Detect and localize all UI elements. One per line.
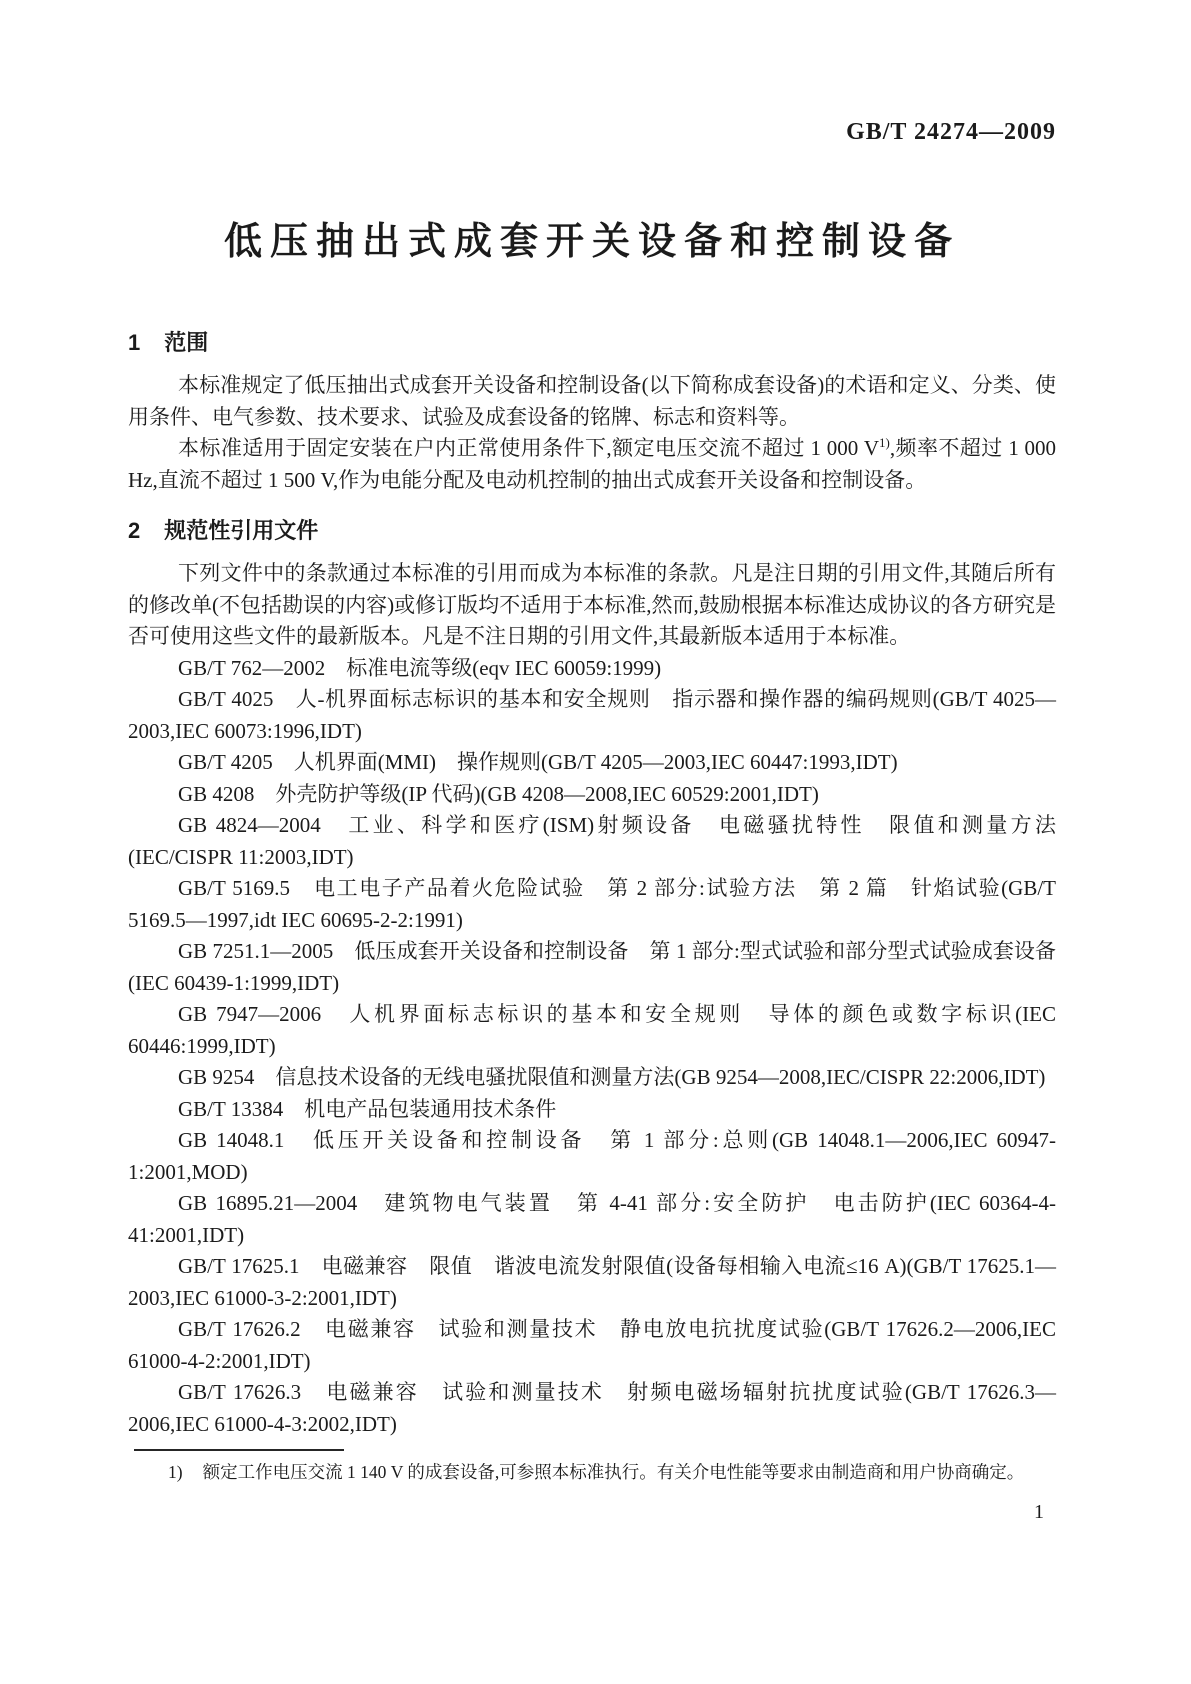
section-2-number: 2 xyxy=(128,516,140,546)
normative-references-intro: 下列文件中的条款通过本标准的引用而成为本标准的条款。凡是注日期的引用文件,其随后… xyxy=(128,558,1056,653)
footnote-divider xyxy=(134,1449,344,1451)
section-1-heading: 1范围 xyxy=(128,328,1056,358)
scope-paragraph-2-text: 本标准适用于固定安装在户内正常使用条件下,额定电压交流不超过 1 000 V xyxy=(178,436,879,460)
footnote-marker: 1) xyxy=(168,1459,183,1485)
section-2-heading: 2规范性引用文件 xyxy=(128,516,1056,546)
reference-item: GB/T 17625.1 电磁兼容 限值 谐波电流发射限值(设备每相输入电流≤1… xyxy=(128,1251,1056,1314)
reference-item: GB 16895.21—2004 建筑物电气装置 第 4-41 部分:安全防护 … xyxy=(128,1188,1056,1251)
standard-code: GB/T 24274—2009 xyxy=(128,118,1056,146)
reference-item: GB 14048.1 低压开关设备和控制设备 第 1 部分:总则(GB 1404… xyxy=(128,1125,1056,1188)
reference-item: GB/T 17626.3 电磁兼容 试验和测量技术 射频电磁场辐射抗扰度试验(G… xyxy=(128,1377,1056,1440)
footnote-text: 额定工作电压交流 1 140 V 的成套设备,可参照本标准执行。有关介电性能等要… xyxy=(203,1462,1025,1482)
section-1-number: 1 xyxy=(128,328,140,358)
page-number: 1 xyxy=(128,1499,1044,1525)
footnote: 1)额定工作电压交流 1 140 V 的成套设备,可参照本标准执行。有关介电性能… xyxy=(128,1459,1056,1485)
reference-item: GB/T 17626.2 电磁兼容 试验和测量技术 静电放电抗扰度试验(GB/T… xyxy=(128,1314,1056,1377)
reference-item: GB/T 4025 人-机界面标志标识的基本和安全规则 指示器和操作器的编码规则… xyxy=(128,684,1056,747)
document-page: GB/T 24274—2009 低压抽出式成套开关设备和控制设备 1范围 本标准… xyxy=(0,0,1191,1684)
reference-item: GB 7251.1—2005 低压成套开关设备和控制设备 第 1 部分:型式试验… xyxy=(128,936,1056,999)
reference-item: GB 4824—2004 工业、科学和医疗(ISM)射频设备 电磁骚扰特性 限值… xyxy=(128,810,1056,873)
scope-paragraph-2: 本标准适用于固定安装在户内正常使用条件下,额定电压交流不超过 1 000 V1)… xyxy=(128,433,1056,496)
footnote-reference-mark: 1) xyxy=(879,435,890,450)
scope-paragraph-1: 本标准规定了低压抽出式成套开关设备和控制设备(以下简称成套设备)的术语和定义、分… xyxy=(128,370,1056,433)
reference-item: GB/T 762—2002 标准电流等级(eqv IEC 60059:1999) xyxy=(128,653,1056,685)
reference-item: GB 4208 外壳防护等级(IP 代码)(GB 4208—2008,IEC 6… xyxy=(128,779,1056,811)
section-2-title: 规范性引用文件 xyxy=(164,518,318,543)
reference-item: GB 9254 信息技术设备的无线电骚扰限值和测量方法(GB 9254—2008… xyxy=(128,1062,1056,1094)
reference-item: GB 7947—2006 人机界面标志标识的基本和安全规则 导体的颜色或数字标识… xyxy=(128,999,1056,1062)
references-list: GB/T 762—2002 标准电流等级(eqv IEC 60059:1999)… xyxy=(128,653,1056,1441)
document-title: 低压抽出式成套开关设备和控制设备 xyxy=(128,216,1056,268)
reference-item: GB/T 4205 人机界面(MMI) 操作规则(GB/T 4205—2003,… xyxy=(128,747,1056,779)
reference-item: GB/T 13384 机电产品包装通用技术条件 xyxy=(128,1094,1056,1126)
section-1-title: 范围 xyxy=(164,330,208,355)
reference-item: GB/T 5169.5 电工电子产品着火危险试验 第 2 部分:试验方法 第 2… xyxy=(128,873,1056,936)
